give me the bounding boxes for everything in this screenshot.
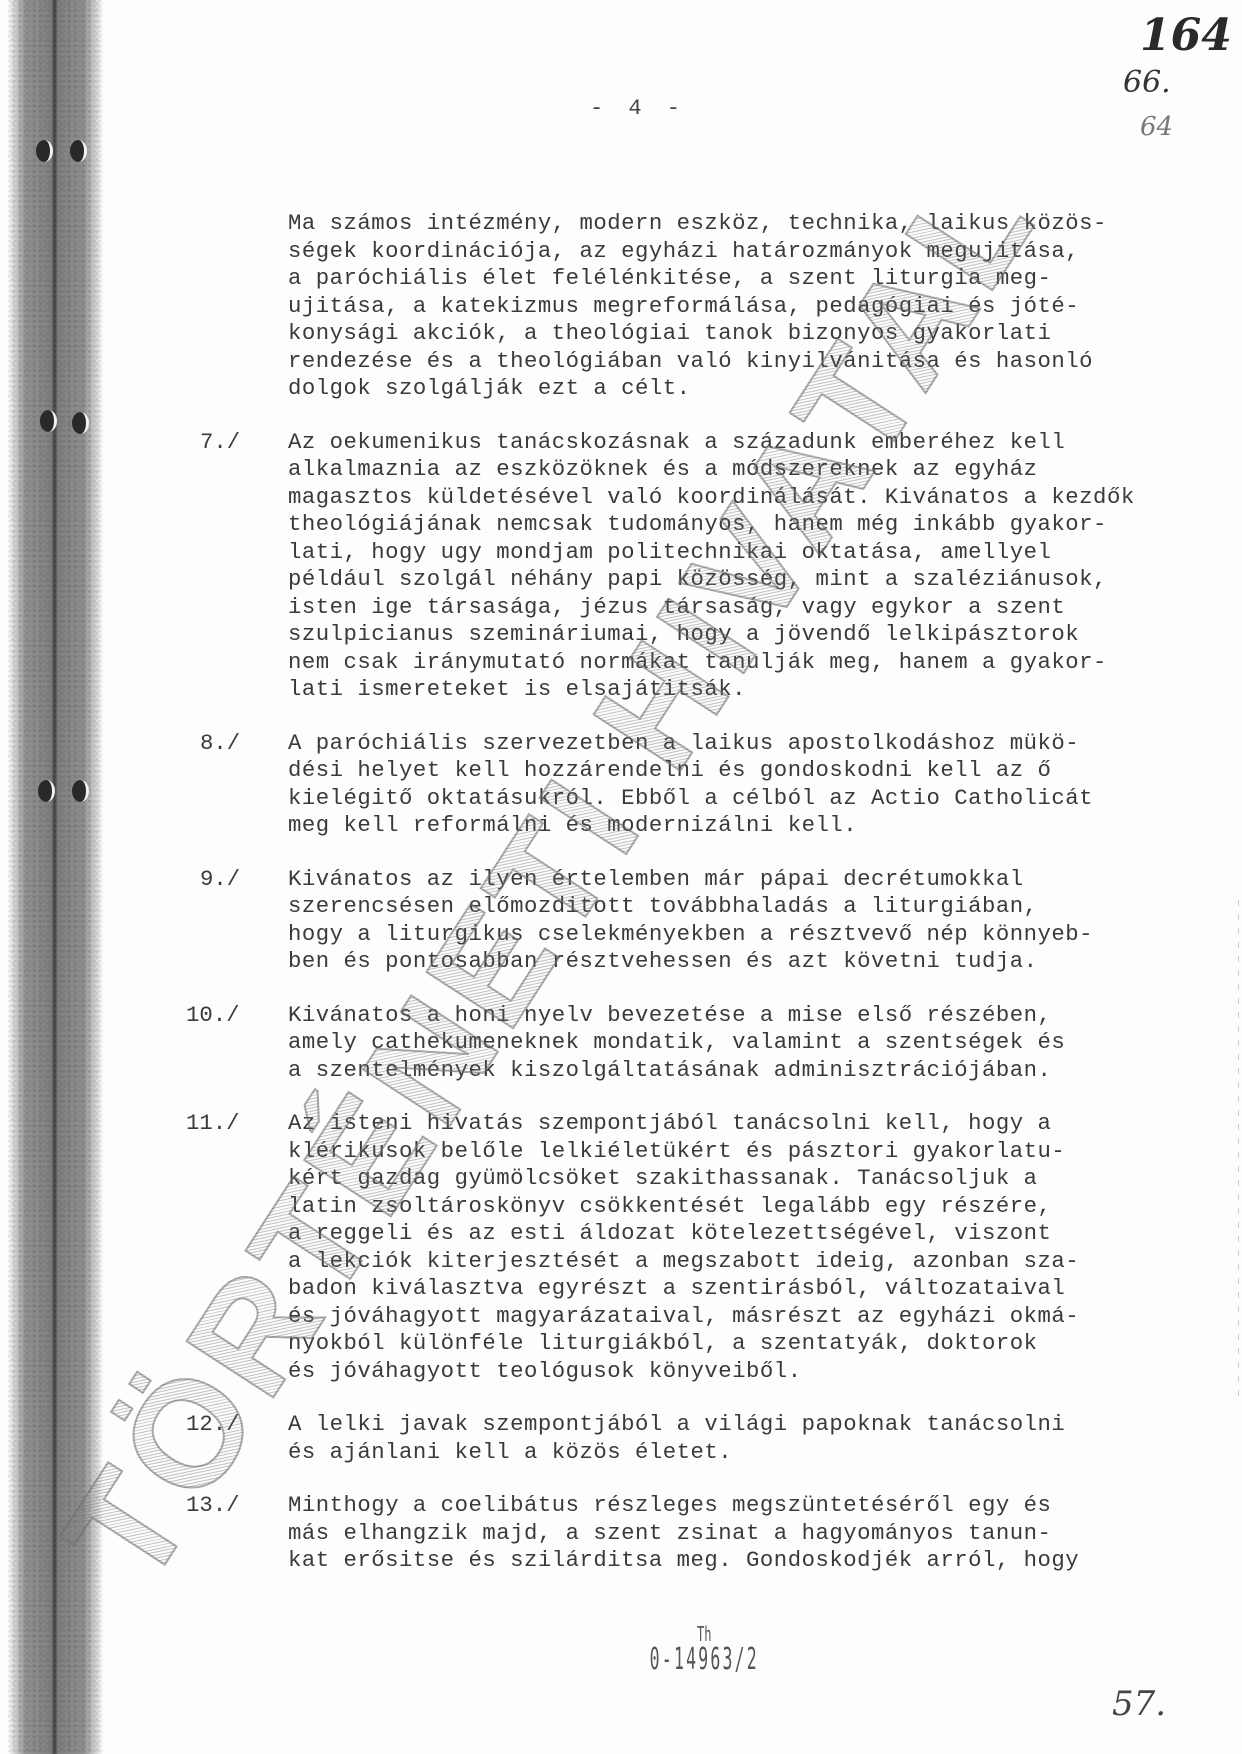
document-body: Ma számos intézmény, modern eszköz, tech… xyxy=(200,210,1220,1575)
archive-stamp: Th 0-14963/2 xyxy=(605,1622,804,1677)
item-number: 10./ xyxy=(186,1002,240,1030)
list-item: 12./A lelki javak szempontjából a világi… xyxy=(200,1411,1220,1466)
list-item: 8./A paróchiális szervezetben a laikus a… xyxy=(200,730,1220,840)
handwritten-archive-number-2: 66. xyxy=(1123,65,1171,100)
list-item: 13./Minthogy a coelibátus részleges megs… xyxy=(200,1492,1220,1575)
item-number: 12./ xyxy=(186,1411,240,1439)
punch-hole xyxy=(38,780,55,802)
scan-edge xyxy=(1238,900,1239,1400)
item-number: 11./ xyxy=(186,1110,240,1138)
punch-hole xyxy=(40,410,57,432)
intro-paragraph: Ma számos intézmény, modern eszköz, tech… xyxy=(288,210,1220,403)
punch-hole xyxy=(36,140,53,162)
page-number: - 4 - xyxy=(590,96,686,121)
item-text: Az oekumenikus tanácskozásnak a századun… xyxy=(288,429,1220,704)
item-number: 8./ xyxy=(200,730,240,758)
stamp-line-2: 0-14963/2 xyxy=(650,1642,759,1677)
numbered-list: 7./Az oekumenikus tanácskozásnak a száza… xyxy=(200,429,1220,1575)
item-text: A paróchiális szervezetben a laikus apos… xyxy=(288,730,1220,840)
punch-hole xyxy=(72,780,89,802)
list-item: 9./Kivánatos az ilyen értelemben már páp… xyxy=(200,866,1220,976)
item-text: Kivánatos a honi nyelv bevezetése a mise… xyxy=(288,1002,1220,1085)
handwritten-page-number: 57. xyxy=(1112,1684,1166,1724)
item-text: Az isteni hivatás szempontjából tanácsol… xyxy=(288,1110,1220,1385)
item-text: A lelki javak szempontjából a világi pap… xyxy=(288,1411,1220,1466)
list-item: 7./Az oekumenikus tanácskozásnak a száza… xyxy=(200,429,1220,704)
item-text: Minthogy a coelibátus részleges megszünt… xyxy=(288,1492,1220,1575)
list-item: 11./Az isteni hivatás szempontjából taná… xyxy=(200,1110,1220,1385)
punch-hole xyxy=(70,140,87,162)
list-item: 10./Kivánatos a honi nyelv bevezetése a … xyxy=(200,1002,1220,1085)
item-number: 9./ xyxy=(200,866,240,894)
item-text: Kivánatos az ilyen értelemben már pápai … xyxy=(288,866,1220,976)
binding-shadow xyxy=(8,0,103,1754)
handwritten-archive-number: 164 xyxy=(1140,10,1232,61)
punch-hole xyxy=(72,412,89,434)
item-number: 13./ xyxy=(186,1492,240,1520)
item-number: 7./ xyxy=(200,429,240,457)
handwritten-archive-number-3: 64 xyxy=(1140,112,1173,142)
